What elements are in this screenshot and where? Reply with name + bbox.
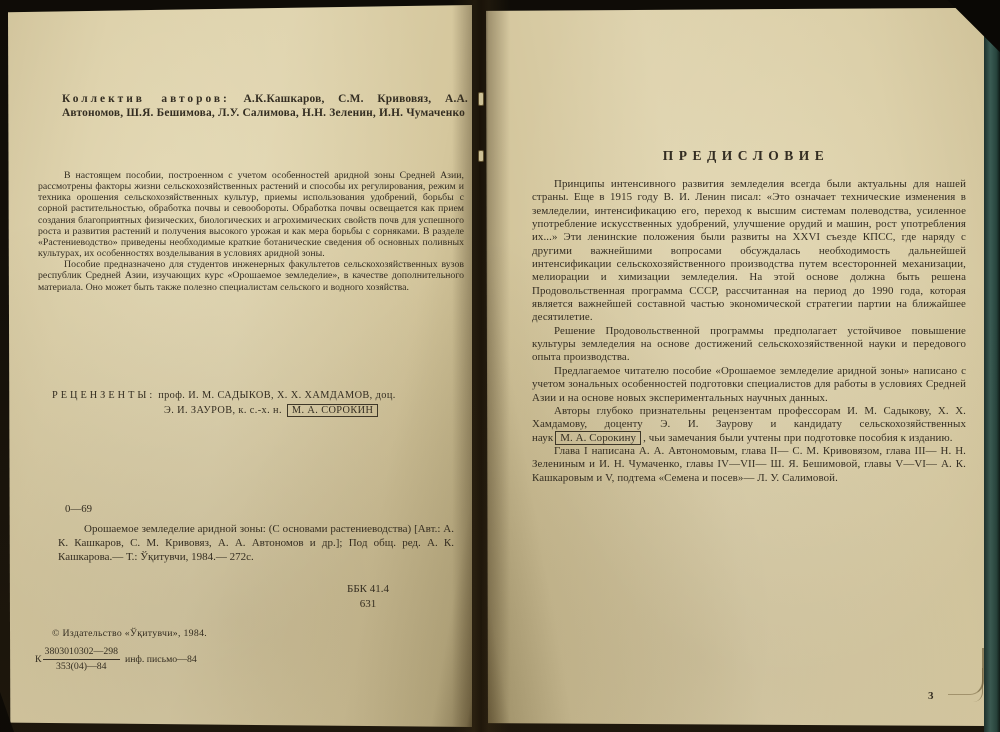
reviewer-name: Э. И. ЗАУРОВ, к. с.-х. н. [164,405,282,416]
print-code-prefix: К [35,654,42,665]
print-code-fraction: 3803010302—298 353(04)—84 [43,646,120,673]
deceased-name-box: М. А. Сорокину [555,431,641,445]
reviewers-line-1: РЕЦЕНЗЕНТЫ: проф. И. М. САДЫКОВ, Х. Х. Х… [52,388,456,403]
book-cover-edge [984,0,1000,732]
acknowledgement-paragraph: Авторы глубоко признательны рецензентам … [532,405,966,445]
bibliographic-citation: Орошаемое земледелие аридной зоны: (С ос… [58,523,454,564]
classification-code: 0—69 [65,503,92,515]
print-code-block: К 3803010302—298 353(04)—84 инф. письмо—… [35,646,197,673]
reviewers-block: РЕЦЕНЗЕНТЫ: проф. И. М. САДЫКОВ, Х. Х. Х… [52,388,456,418]
page-title: ПРЕДИСЛОВИЕ [526,148,966,164]
body-paragraph: Принципы интенсивного развития земледели… [532,178,966,325]
book-scan: Коллектив авторов: А.К.Кашкаров, С.М. Кр… [0,0,1000,732]
print-code-numerator: 3803010302—298 [43,646,120,660]
reviewers-label: РЕЦЕНЗЕНТЫ: [52,390,155,401]
authors-block: Коллектив авторов: А.К.Кашкаров, С.М. Кр… [62,93,468,120]
acknowledgement-after: , чьи замечания были учтены при подготов… [643,432,952,444]
binding-crack [479,48,481,208]
bbk-code: ББК 41.4 [308,582,428,597]
preface-body: Принципы интенсивного развития земледели… [532,178,966,485]
annotation-paragraph: В настоящем пособии, построенном с учето… [38,170,464,259]
left-page: Коллектив авторов: А.К.Кашкаров, С.М. Кр… [8,5,472,727]
page-number: 3 [928,690,934,702]
chapters-paragraph: Глава I написана А. А. Автономовым, глав… [532,445,966,485]
deceased-name-box: М. А. СОРОКИН [287,404,378,417]
annotation-paragraph: Пособие предназначено для студентов инже… [38,259,464,292]
binding-stitch [478,92,484,106]
reviewers-names: проф. И. М. САДЫКОВ, Х. Х. ХАМДАМОВ, доц… [158,390,396,401]
body-paragraph: Предлагаемое читателю пособие «Орошаемое… [532,365,966,405]
reviewers-line-2: Э. И. ЗАУРОВ, к. с.-х. н. М. А. СОРОКИН [164,403,456,418]
right-page: ПРЕДИСЛОВИЕ Принципы интенсивного развит… [486,8,986,726]
bbk-index: 631 [308,597,428,612]
print-code-suffix: инф. письмо—84 [125,654,197,665]
annotation-block: В настоящем пособии, построенном с учето… [38,170,464,293]
binding-crack [480,560,482,690]
print-code-denominator: 353(04)—84 [43,660,120,673]
binding-stitch [478,150,484,162]
bbk-block: ББК 41.4 631 [308,582,428,611]
copyright-line: © Издательство «Ўқитувчи», 1984. [52,628,207,639]
body-paragraph: Решение Продовольственной программы пред… [532,325,966,365]
authors-label: Коллектив авторов: [62,93,230,105]
